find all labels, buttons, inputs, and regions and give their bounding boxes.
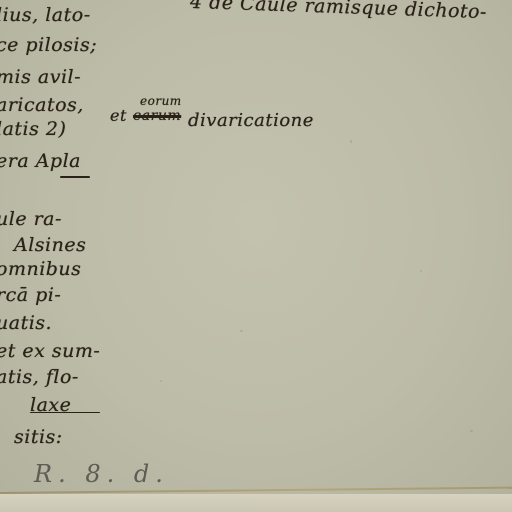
struck-word: earum bbox=[133, 108, 181, 124]
pencil-annotation: R. 8. d. bbox=[34, 460, 169, 488]
left-line-7: ule ra- bbox=[0, 208, 62, 230]
top-text-line: 4 de Caule ramisque dichoto- bbox=[190, 0, 488, 23]
left-line-13: atis, flo- bbox=[0, 366, 79, 388]
left-line-5: latis 2) bbox=[0, 118, 66, 140]
left-line-6: era Apla bbox=[0, 150, 81, 172]
left-line-4: aricatos, bbox=[0, 94, 84, 116]
left-line-9: omnibus bbox=[0, 258, 81, 280]
underline-mark bbox=[30, 412, 100, 413]
left-line-8: Alsines bbox=[14, 234, 86, 256]
left-line-1: lius, lato- bbox=[0, 4, 91, 26]
insertion-prefix: et bbox=[110, 106, 127, 125]
left-line-15: sitis: bbox=[14, 426, 63, 448]
paper-speck bbox=[420, 270, 422, 272]
underline-mark bbox=[60, 176, 90, 178]
left-line-11: uatis. bbox=[0, 312, 52, 334]
manuscript-page: 4 de Caule ramisque dichoto- eorum et ea… bbox=[0, 0, 512, 494]
paper-speck bbox=[350, 140, 352, 143]
insertion-word: divaricatione bbox=[188, 110, 314, 131]
paper-speck bbox=[160, 380, 162, 382]
left-line-12: et ex sum- bbox=[0, 340, 100, 362]
paper-speck bbox=[470, 430, 473, 432]
underlying-sheet bbox=[0, 494, 512, 512]
superscript-insertion: eorum bbox=[140, 94, 182, 108]
left-line-2: ce pilosis; bbox=[0, 34, 97, 56]
paper-speck bbox=[240, 330, 243, 332]
left-line-10: rcā pi- bbox=[0, 284, 61, 306]
left-line-3: mis avil- bbox=[0, 66, 81, 88]
